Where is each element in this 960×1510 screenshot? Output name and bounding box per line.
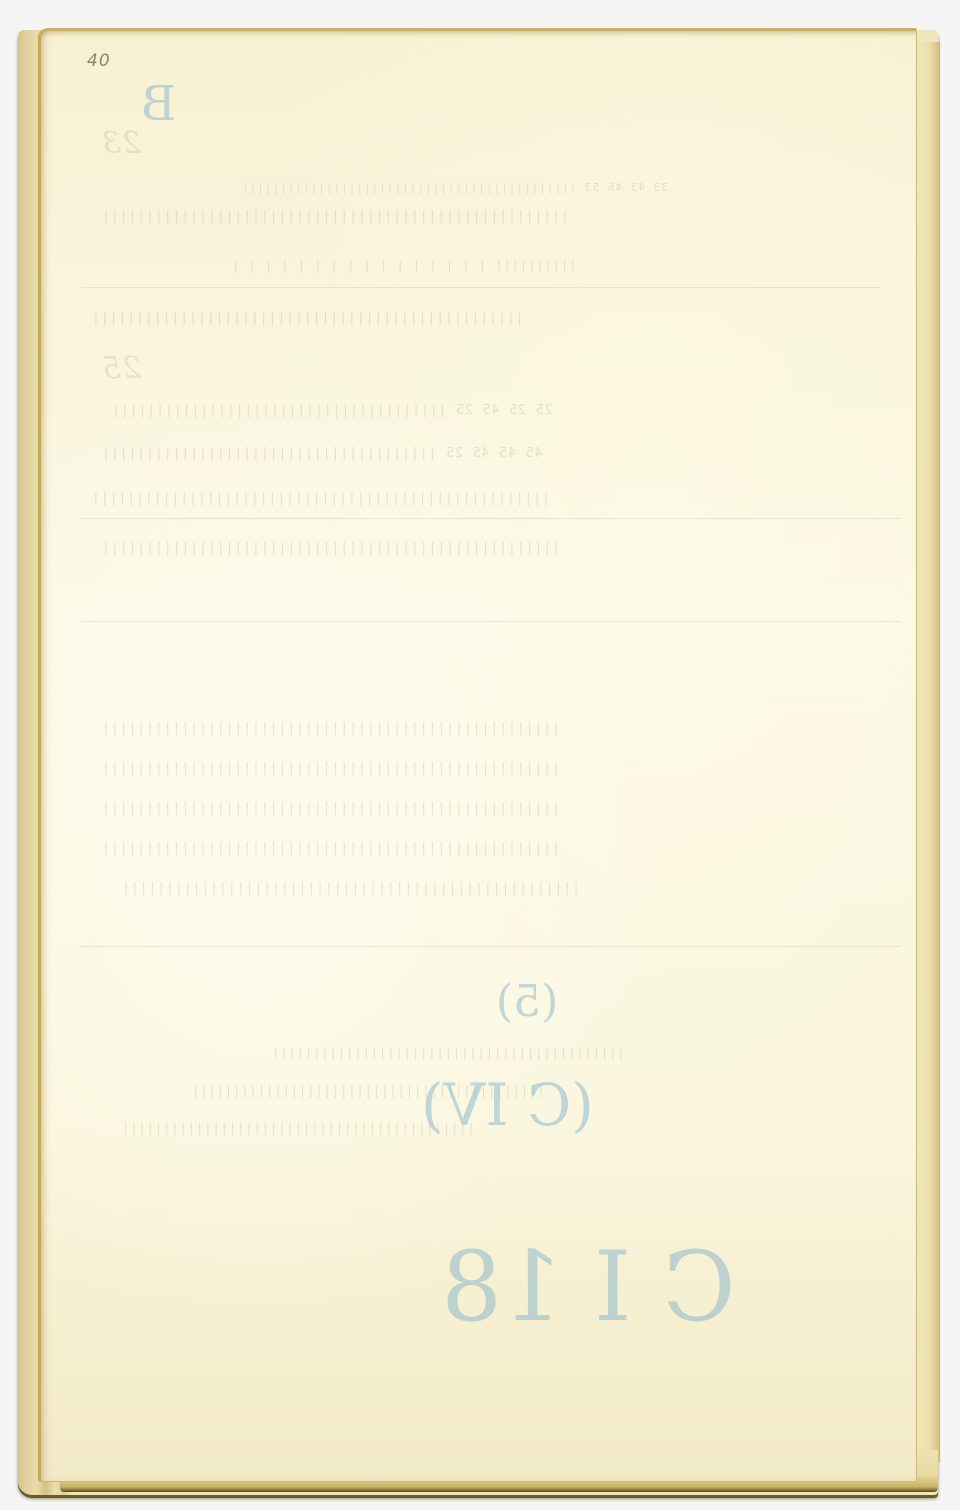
pencil-mark-top: B: [141, 76, 176, 132]
pencil-mark-bottom: C I 18: [441, 1231, 736, 1343]
page-number: 40: [87, 51, 111, 71]
bleed-line: ||||||||||||||||||||||||||||||||||||||||…: [121, 881, 580, 896]
bleed-rule: [81, 946, 901, 947]
bleed-line: ||||||||||||||||||||||||||||||||||||||||…: [101, 721, 560, 736]
bleed-line: ||||||||||||||||||||||||||||||||||||||||…: [271, 1046, 625, 1060]
bleed-line: 33 43 46 53 ||||||||||||||||||||||||||||…: [241, 181, 668, 194]
bleed-line: ||||||||||||||||||||||||||||||||||||||||…: [101, 761, 560, 776]
bleed-line: ||||||||||||||||||||||||||||||||||||||||…: [101, 841, 560, 856]
document-page: 40 B 23 33 43 46 53 ||||||||||||||||||||…: [38, 28, 917, 1482]
bleed-line: |||||||||| | | | | | | | | | | | | | | |…: [231, 259, 576, 273]
bleed-line: ||||||||||||||||||||||||||||||||||||||||…: [121, 1121, 475, 1135]
bleed-line: ||||||||||||||||||||||||||||||||||||||||…: [101, 541, 560, 556]
pencil-mark-circle: (5): [496, 976, 558, 1027]
bleed-heading-2: 25: [101, 351, 141, 386]
bleed-line: ||||||||||||||||||||||||||||||||||||||||…: [101, 801, 560, 816]
bleed-line: 25 25 45 25 ||||||||||||||||||||||||||||…: [111, 403, 552, 418]
bleed-line: ||||||||||||||||||||||||||||||||||||||||…: [91, 491, 550, 506]
bleed-line: ||||||||||||||||||||||||||||||||||||||||…: [91, 311, 524, 326]
bleed-line: 45 45 45 25 ||||||||||||||||||||||||||||…: [101, 446, 542, 461]
bleed-heading-1: 23: [101, 126, 141, 161]
bleed-rule: [81, 518, 901, 519]
bleed-rule: [81, 621, 901, 622]
bleed-line: ||||||||||||||||||||||||||||||||||||||||…: [101, 209, 569, 224]
bleed-rule: [81, 287, 881, 288]
